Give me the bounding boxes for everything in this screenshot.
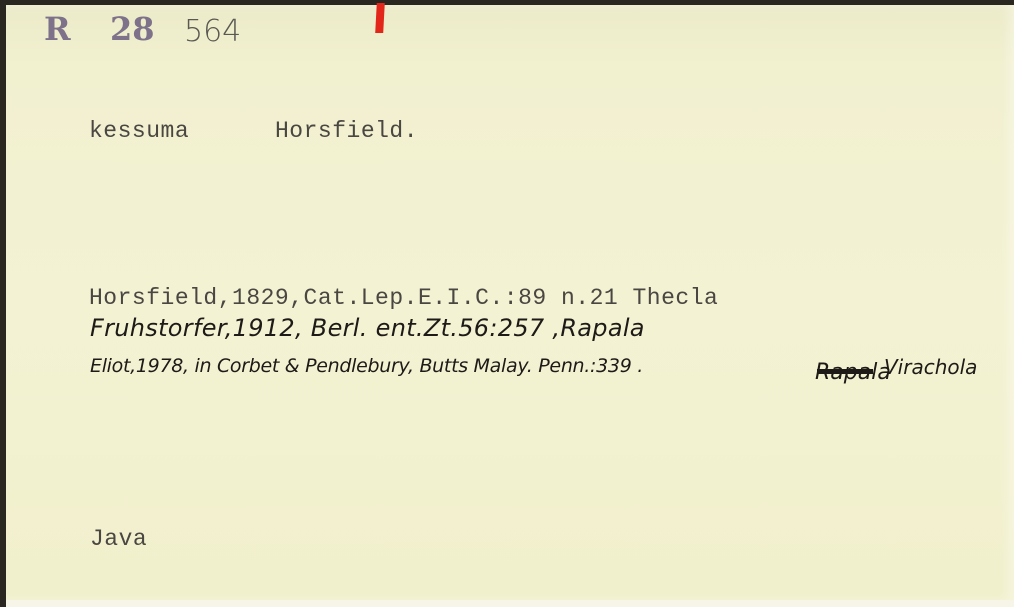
catalog-stamp-letter: R (44, 10, 71, 48)
card-edge (6, 600, 1014, 607)
reference-handwritten-1: Fruhstorfer,1912, Berl. ent.Zt.56:257 ,R… (90, 314, 645, 342)
locality: Java (90, 526, 147, 552)
reference-handwritten-2: Eliot,1978, in Corbet & Pendlebury, Butt… (90, 355, 643, 377)
strikethrough-mark (817, 369, 873, 374)
species-author: Horsfield. (275, 118, 418, 144)
catalog-stamp-number: 28 (110, 10, 155, 48)
species-name: kessuma (89, 118, 189, 144)
reference-typed: Horsfield,1829,Cat.Lep.E.I.C.:89 n.21 Th… (89, 285, 718, 311)
red-tab-marker (375, 3, 385, 33)
genus-virachola: Virachola (884, 355, 977, 379)
handwritten-catalog-number: 564 (184, 14, 241, 49)
